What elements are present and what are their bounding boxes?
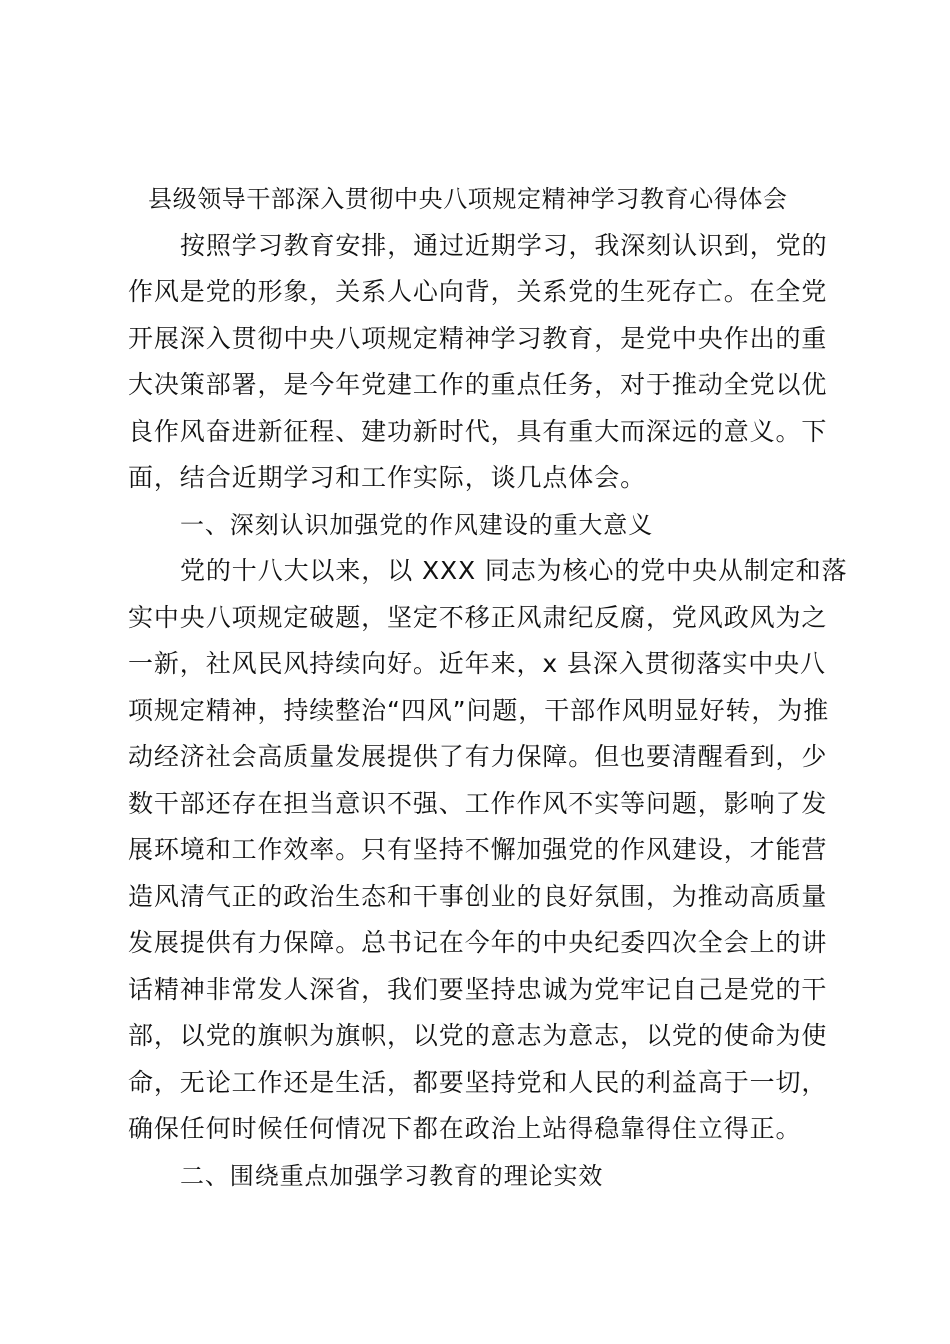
document-title: 县级领导干部深入贯彻中央八项规定精神学习教育心得体会 (128, 176, 818, 223)
paragraph-line: 党的十八大以来，以 XXX 同志为核心的党中央从制定和落 (128, 548, 818, 595)
paragraph-line: 数干部还存在担当意识不强、工作作风不实等问题，影响了发 (128, 781, 818, 828)
paragraph-line: 大决策部署，是今年党建工作的重点任务，对于推动全党以优 (128, 362, 818, 409)
paragraph-line: 项规定精神，持续整治“四风”问题，干部作风明显好转，为推 (128, 688, 818, 735)
paragraph-line: 发展提供有力保障。总书记在今年的中央纪委四次全会上的讲 (128, 920, 818, 967)
paragraph-line: 展环境和工作效率。只有坚持不懈加强党的作风建设，才能营 (128, 827, 818, 874)
paragraph-line: 确保任何时候任何情况下都在政治上站得稳靠得住立得正。 (128, 1106, 818, 1153)
paragraph-line: 一新，社风民风持续向好。近年来，x 县深入贯彻落实中央八 (128, 641, 818, 688)
paragraph-line: 实中央八项规定破题，坚定不移正风肃纪反腐，党风政风为之 (128, 595, 818, 642)
section-1-paragraph: 党的十八大以来，以 XXX 同志为核心的党中央从制定和落 实中央八项规定破题，坚… (128, 548, 818, 1153)
section-heading-2: 二、围绕重点加强学习教育的理论实效 (128, 1153, 818, 1200)
paragraph-line: 部，以党的旗帜为旗帜，以党的意志为意志，以党的使命为使 (128, 1013, 818, 1060)
document-page: 县级领导干部深入贯彻中央八项规定精神学习教育心得体会 按照学习教育安排，通过近期… (128, 176, 818, 1199)
paragraph-line: 造风清气正的政治生态和干事创业的良好氛围，为推动高质量 (128, 874, 818, 921)
paragraph-line: 开展深入贯彻中央八项规定精神学习教育，是党中央作出的重 (128, 316, 818, 363)
paragraph-line: 动经济社会高质量发展提供了有力保障。但也要清醒看到，少 (128, 734, 818, 781)
section-heading-1: 一、深刻认识加强党的作风建设的重大意义 (128, 502, 818, 549)
paragraph-line: 面，结合近期学习和工作实际，谈几点体会。 (128, 455, 818, 502)
paragraph-line: 按照学习教育安排，通过近期学习，我深刻认识到，党的 (128, 223, 818, 270)
paragraph-line: 命，无论工作还是生活，都要坚持党和人民的利益高于一切， (128, 1060, 818, 1107)
intro-paragraph: 按照学习教育安排，通过近期学习，我深刻认识到，党的 作风是党的形象，关系人心向背… (128, 223, 818, 502)
paragraph-line: 良作风奋进新征程、建功新时代，具有重大而深远的意义。下 (128, 409, 818, 456)
paragraph-line: 话精神非常发人深省，我们要坚持忠诚为党牢记自己是党的干 (128, 967, 818, 1014)
paragraph-line: 作风是党的形象，关系人心向背，关系党的生死存亡。在全党 (128, 269, 818, 316)
